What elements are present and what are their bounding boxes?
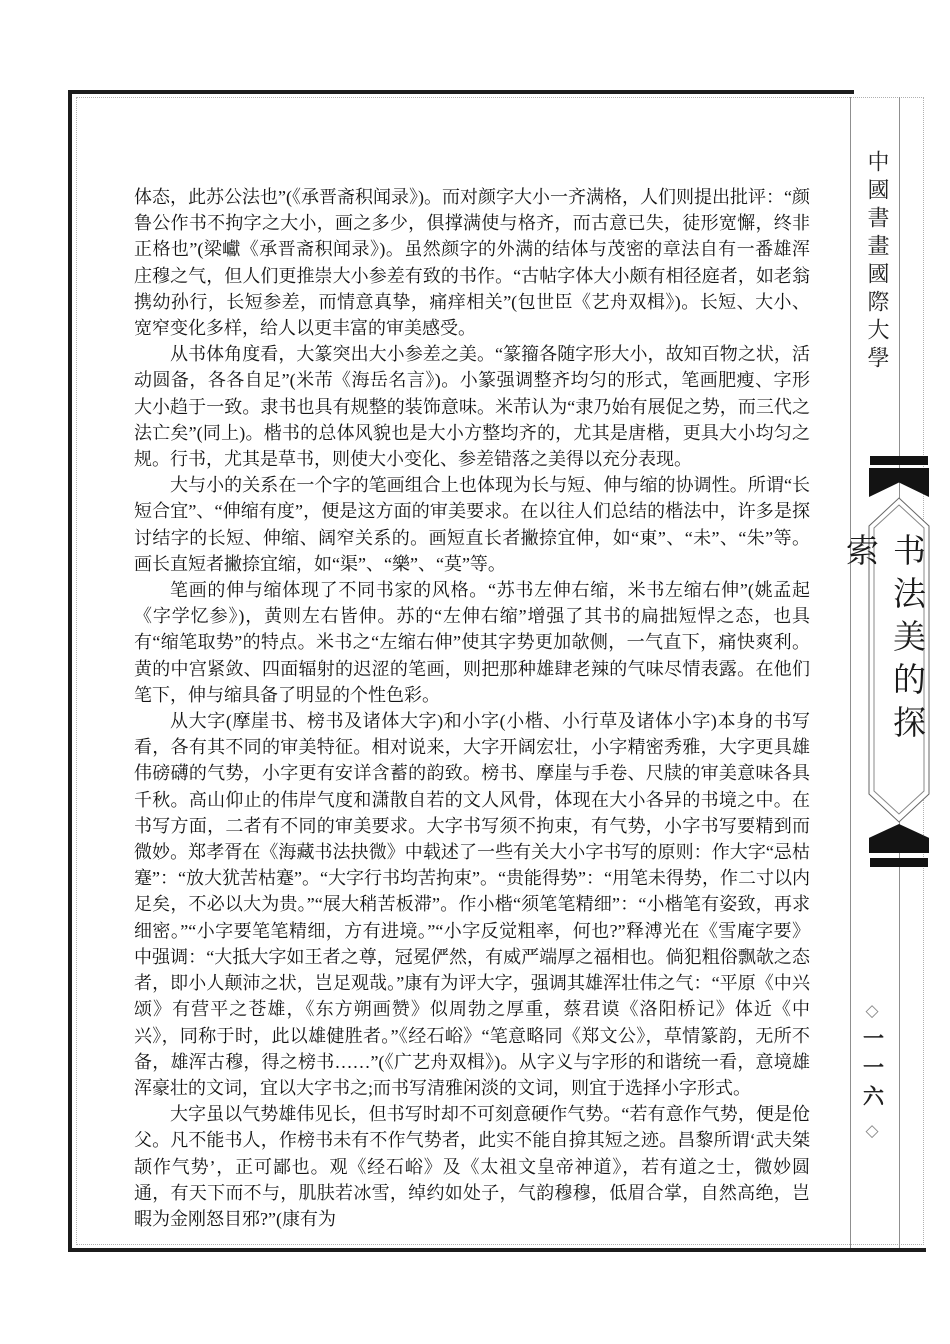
frame-border-left [68, 90, 72, 1252]
page-number: 一一六 [862, 1027, 883, 1114]
page-number-block: ◇ 一一六 ◇ [856, 1000, 888, 1141]
book-title-cartouche: 书法美的探索 [868, 497, 930, 823]
book-page: 体态，此苏公法也”(《承晋斋积闻录》)。而对颜字大小一齐满格，人们则提出批评：“… [0, 0, 950, 1344]
sidebar-divider-left [850, 97, 851, 1248]
frame-border-top [68, 90, 854, 94]
paragraph: 笔画的伸与缩体现了不同书家的风格。“苏书左伸右缩，米书左缩右伸”(姚孟起《字学忆… [134, 577, 810, 708]
diamond-icon: ◇ [865, 1002, 878, 1019]
paragraph: 体态，此苏公法也”(《承晋斋积闻录》)。而对颜字大小一齐满格，人们则提出批评：“… [134, 184, 810, 341]
frame-border-bottom [68, 1248, 926, 1252]
diamond-icon: ◇ [865, 1122, 878, 1139]
institution-name: 中國書畫國際大學 [862, 150, 893, 450]
paragraph: 从大字(摩崖书、榜书及诸体大字)和小字(小楷、小行草及诸体小字)本身的书写看，各… [134, 708, 810, 1101]
book-title: 书法美的探索 [868, 533, 930, 787]
body-text: 体态，此苏公法也”(《承晋斋积闻录》)。而对颜字大小一齐满格，人们则提出批评：“… [134, 184, 810, 1232]
title-ornament-bar-bottom [870, 858, 928, 867]
paragraph: 大字虽以气势雄伟见长，但书写时却不可刻意硬作气势。“若有意作气势，便是伧父。凡不… [134, 1101, 810, 1232]
title-ornament-bar-top [870, 456, 928, 465]
paragraph: 大与小的关系在一个字的笔画组合上也体现为长与短、伸与缩的协调性。所谓“长短合宜”… [134, 472, 810, 577]
paragraph: 从书体角度看，大篆突出大小参差之美。“篆籀各随字形大小，故知百物之状，活动圆备，… [134, 341, 810, 472]
